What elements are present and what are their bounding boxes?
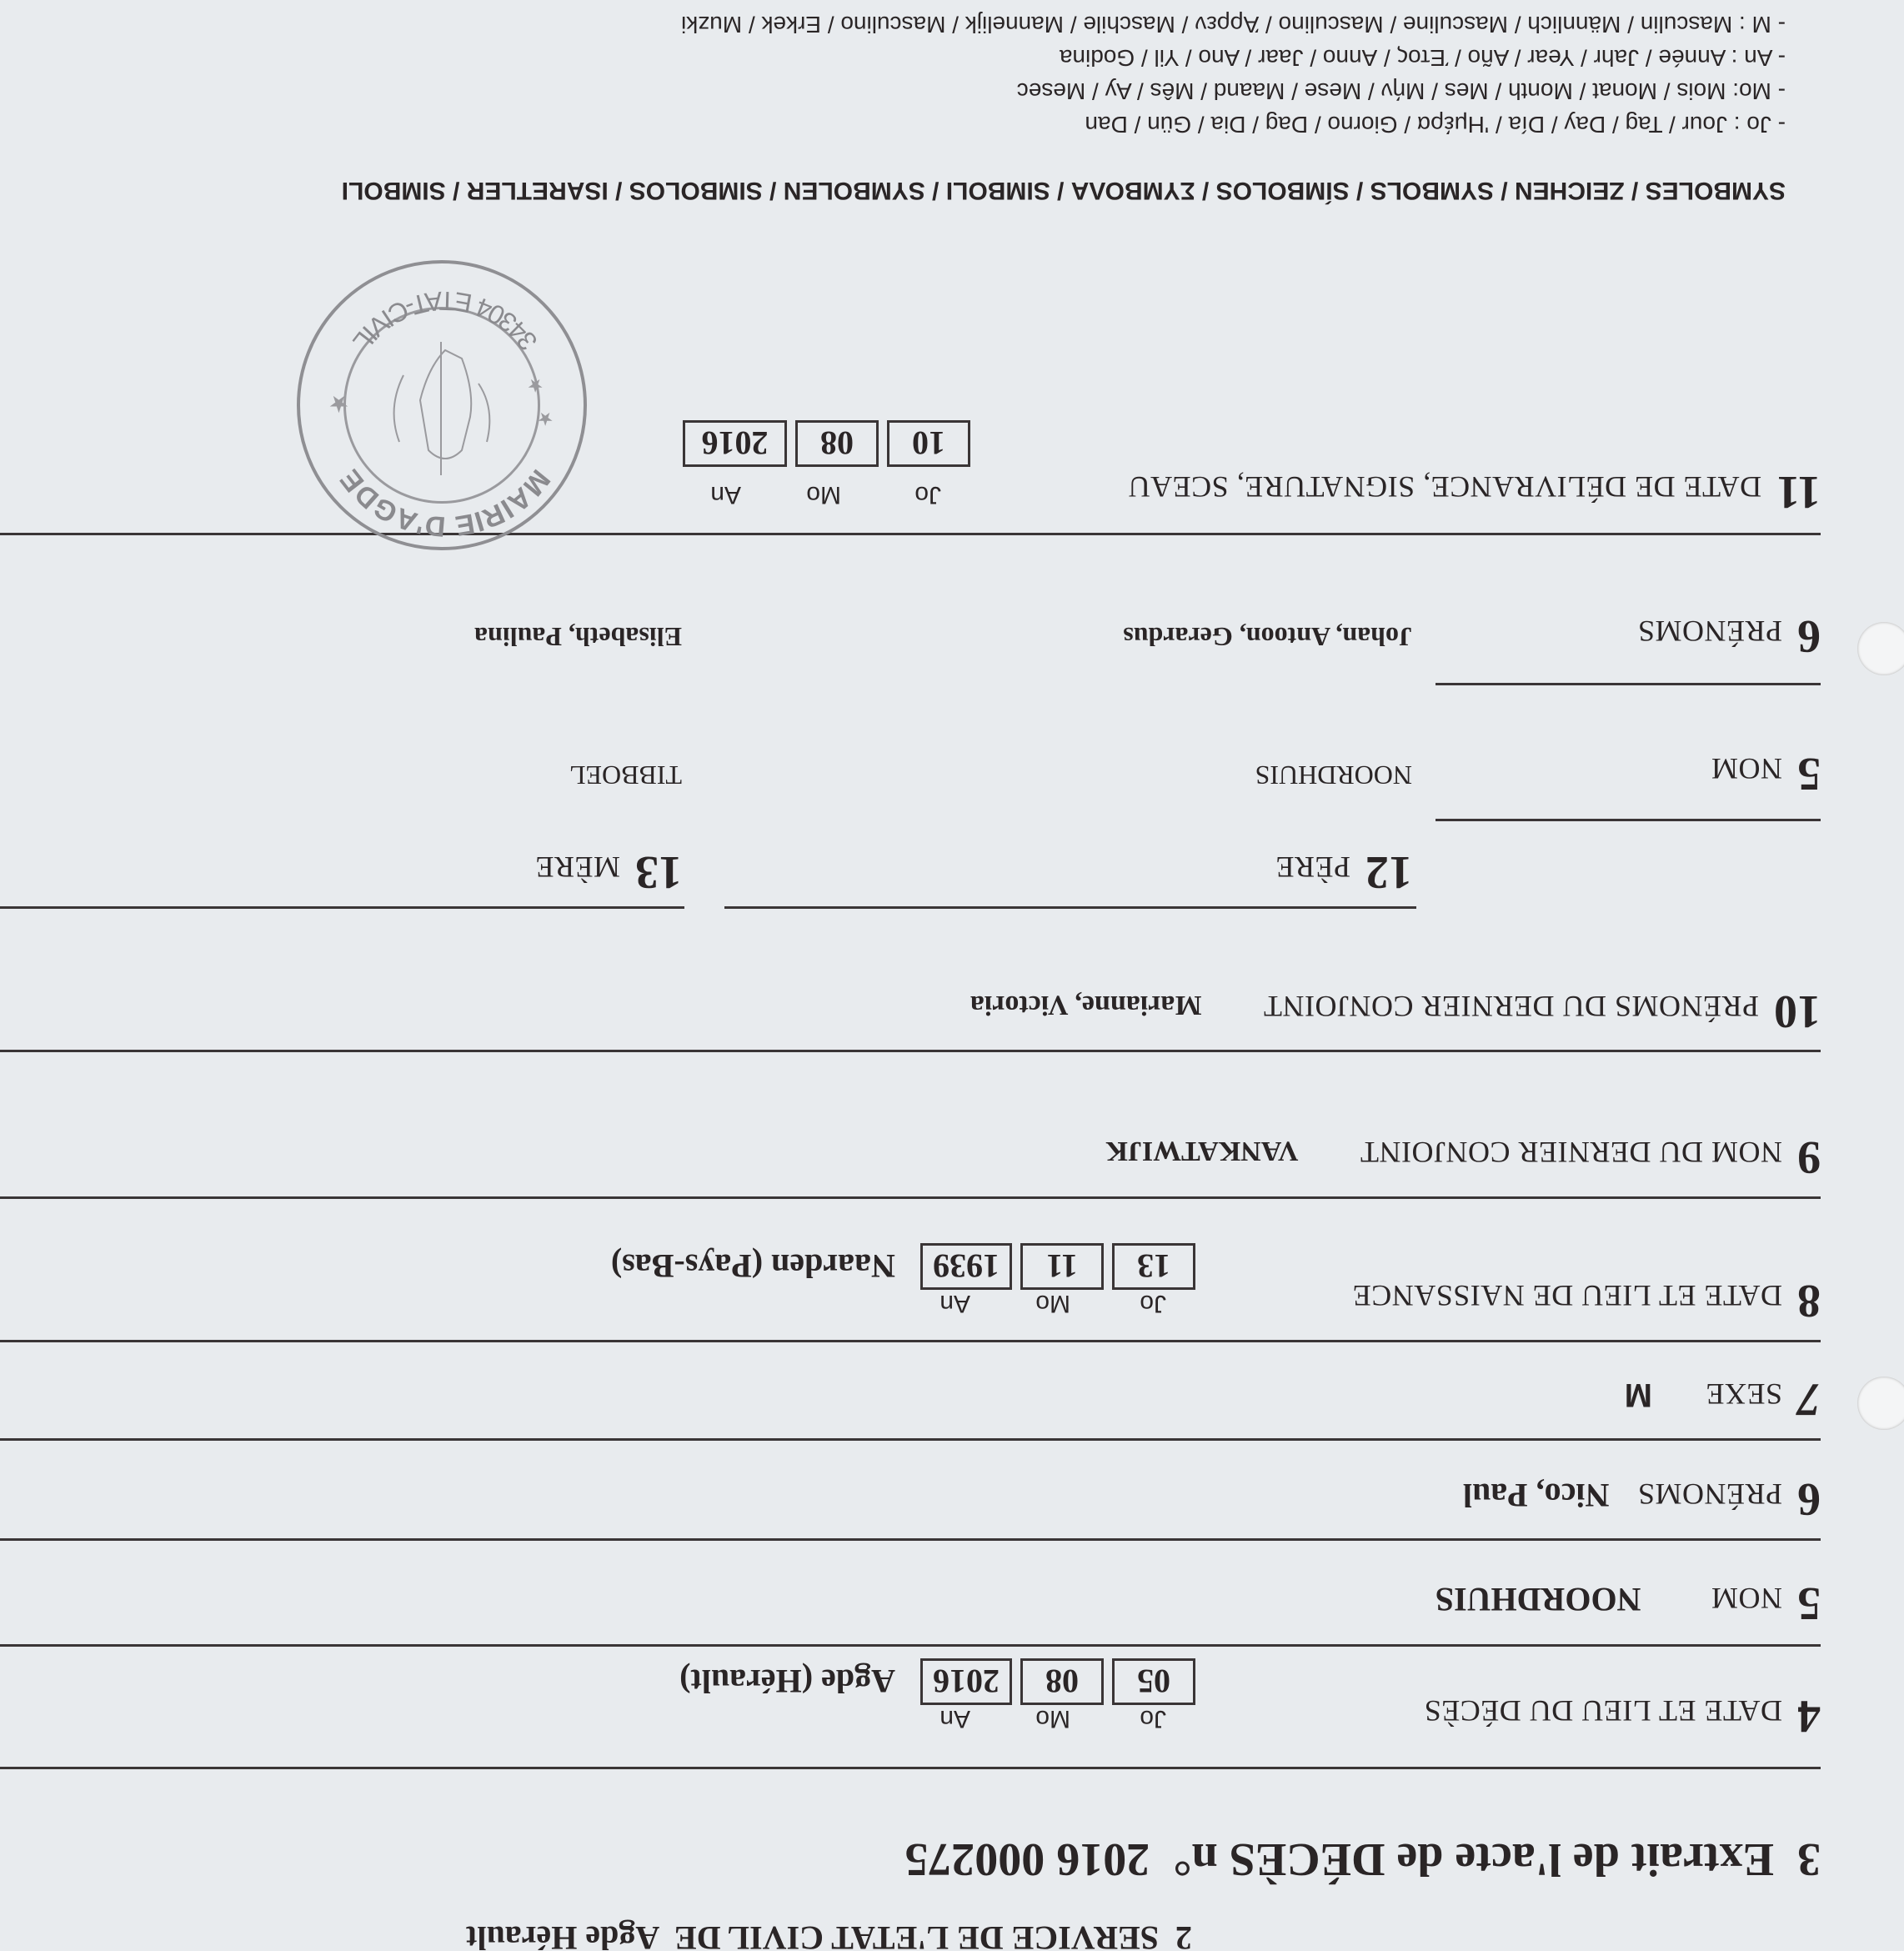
- rule: [0, 1050, 1821, 1052]
- rule: [0, 1644, 1821, 1647]
- birth-year-box: 1939: [920, 1243, 1012, 1290]
- death-place: Agde (Hérault): [679, 1662, 895, 1701]
- rule: [0, 533, 1821, 535]
- field-number: 8: [1797, 1275, 1821, 1327]
- issuance-label: DATE DE DÉLIVRANCE, SIGNATURE, SCEAU: [1128, 470, 1761, 504]
- mairie-seal-stamp: MAIRIE D'AGDE 34304 ETAT-CIVIL ★ ★ ★: [297, 260, 587, 550]
- field-number: 4: [1797, 1690, 1821, 1742]
- father-label: PÈRE: [1275, 850, 1350, 884]
- year-label: An: [939, 1289, 970, 1317]
- mother-header: 13 MÈRE: [535, 845, 682, 899]
- rule: [0, 1438, 1821, 1441]
- service-value: Agde Hérault: [466, 1919, 659, 1951]
- birth-label: DATE ET LIEU DE NAISSANCE: [1352, 1279, 1782, 1312]
- field-number: 6: [1797, 1473, 1821, 1525]
- spouse-given-names-value: Marianne, Victoria: [970, 990, 1202, 1021]
- day-label: Jo: [1140, 1289, 1166, 1317]
- title-text: Extrait de l'acte de DÉCÈS n°: [1173, 1833, 1774, 1885]
- service-label: SERVICE DE L'ETAT CIVIL DE: [674, 1919, 1159, 1951]
- field-number: 6: [1797, 610, 1821, 662]
- punch-hole: [1857, 1377, 1904, 1430]
- spouse-surname-label: NOM DU DERNIER CONJOINT: [1360, 1136, 1782, 1169]
- death-month-box: 08: [1020, 1658, 1104, 1705]
- symbols-heading: SYMBOLES / ZEICHEN / SYMBOLS / SÍMBOLOS …: [342, 176, 1786, 204]
- field-number: 12: [1365, 846, 1412, 898]
- rule-mother: [0, 906, 684, 909]
- death-day-box: 05: [1112, 1658, 1195, 1705]
- field-number: 7: [1797, 1373, 1821, 1425]
- given-names-label: PRÉNOMS: [1637, 1477, 1782, 1511]
- svg-text:MAIRIE D'AGDE: MAIRIE D'AGDE: [334, 464, 557, 543]
- rule: [0, 1340, 1821, 1342]
- seal-text-ring: MAIRIE D'AGDE 34304 ETAT-CIVIL ★ ★ ★: [303, 267, 587, 550]
- field-number: 11: [1776, 466, 1821, 518]
- month-label: Mo: [806, 480, 841, 509]
- day-label: Jo: [1140, 1704, 1166, 1733]
- symbol-legend-male: - M : Masculin / Männlich / Masculine / …: [681, 11, 1786, 38]
- punch-hole: [1857, 622, 1904, 675]
- field-number: 2: [1175, 1919, 1192, 1951]
- field-number: 10: [1774, 986, 1821, 1037]
- field-number: 9: [1797, 1131, 1821, 1183]
- rule: [1436, 683, 1821, 685]
- birth-day-box: 13: [1112, 1243, 1195, 1290]
- rule-father: [724, 906, 1416, 909]
- month-label: Mo: [1035, 1289, 1070, 1317]
- spouse-given-names-section: 10 PRÉNOMS DU DERNIER CONJOINT Marianne,…: [970, 985, 1821, 1038]
- day-label: Jo: [914, 480, 941, 509]
- mother-label: MÈRE: [535, 850, 620, 884]
- father-surname: NOORDHUIS: [1255, 760, 1412, 790]
- birth-month-box: 11: [1020, 1243, 1104, 1290]
- symbol-legend-month: - Mo: Mois / Monat / Month / Mes / Μήν /…: [1017, 78, 1786, 104]
- spouse-surname-section: 9 NOM DU DERNIER CONJOINT VANKATWIJK: [1105, 1131, 1821, 1184]
- svg-text:34304 ETAT-CIVIL: 34304 ETAT-CIVIL: [347, 286, 543, 356]
- birth-place: Naarden (Pays-Bas): [611, 1246, 895, 1286]
- issuance-day-box: 10: [887, 420, 970, 467]
- given-names-value: Nico, Paul: [1463, 1477, 1610, 1514]
- field-number: 13: [635, 846, 682, 898]
- rule: [1436, 819, 1821, 821]
- rule: [0, 1538, 1821, 1541]
- spouse-given-names-label: PRÉNOMS DU DERNIER CONJOINT: [1263, 990, 1759, 1023]
- mother-surname: TIBBOEL: [569, 760, 682, 790]
- birth-date-place-section: 8 DATE ET LIEU DE NAISSANCE: [1352, 1274, 1821, 1327]
- sex-label: SEXE: [1706, 1377, 1782, 1411]
- death-certificate-extract: 2 SERVICE DE L'ETAT CIVIL DE Agde Héraul…: [0, 0, 1904, 1951]
- year-label: An: [939, 1704, 970, 1733]
- death-date-place-section: 4 DATE ET LIEU DU DÉCÈS: [1424, 1689, 1821, 1743]
- field-number: 5: [1797, 748, 1821, 800]
- year-label: An: [710, 480, 741, 509]
- issuance-section: 11 DATE DE DÉLIVRANCE, SIGNATURE, SCEAU: [1128, 465, 1821, 519]
- surname-value: NOORDHUIS: [1436, 1581, 1641, 1618]
- field-number: 5: [1797, 1577, 1821, 1629]
- death-label: DATE ET LIEU DU DÉCÈS: [1424, 1694, 1782, 1728]
- rule: [0, 1767, 1821, 1769]
- symbol-legend-year: - An : Année / Jahr / Year / Año / Έτος …: [1060, 44, 1786, 71]
- document-title: 3 Extrait de l'acte de DÉCÈS n° 2016 000…: [904, 1833, 1821, 1886]
- mother-given-names: Elisabeth, Paulina: [474, 621, 682, 652]
- death-year-box: 2016: [920, 1658, 1012, 1705]
- father-header: 12 PÈRE: [1275, 845, 1412, 899]
- issuance-month-box: 08: [795, 420, 879, 467]
- issuance-year-box: 2016: [683, 420, 787, 467]
- rule: [0, 1196, 1821, 1199]
- symbol-legend-day: - Jo : Jour / Tag / Day / Día / 'Ημέρα /…: [1085, 111, 1786, 138]
- surname-section: 5 NOM NOORDHUIS: [1436, 1577, 1821, 1630]
- spouse-surname-value: VANKATWIJK: [1105, 1136, 1298, 1166]
- father-given-names: Johan, Antoon, Gerardus: [1123, 621, 1412, 652]
- sex-section: 7 SEXE M: [1625, 1372, 1821, 1426]
- svg-text:★: ★: [537, 409, 554, 429]
- civil-registry-service: 2 SERVICE DE L'ETAT CIVIL DE Agde Héraul…: [466, 1918, 1192, 1951]
- surname-label: NOM: [1711, 752, 1782, 785]
- sex-value: M: [1625, 1377, 1652, 1413]
- given-names-section: 6 PRÉNOMS Nico, Paul: [1463, 1472, 1821, 1526]
- parents-surname-row: 5 NOM: [1711, 747, 1821, 800]
- parents-given-names-row: 6 PRÉNOMS: [1637, 609, 1821, 663]
- act-number: 2016 000275: [904, 1833, 1150, 1885]
- surname-label: NOM: [1711, 1582, 1782, 1615]
- field-number: 3: [1797, 1833, 1821, 1885]
- given-names-label: PRÉNOMS: [1637, 614, 1782, 648]
- svg-text:★: ★: [328, 390, 349, 416]
- svg-text:★: ★: [527, 375, 544, 396]
- month-label: Mo: [1035, 1704, 1070, 1733]
